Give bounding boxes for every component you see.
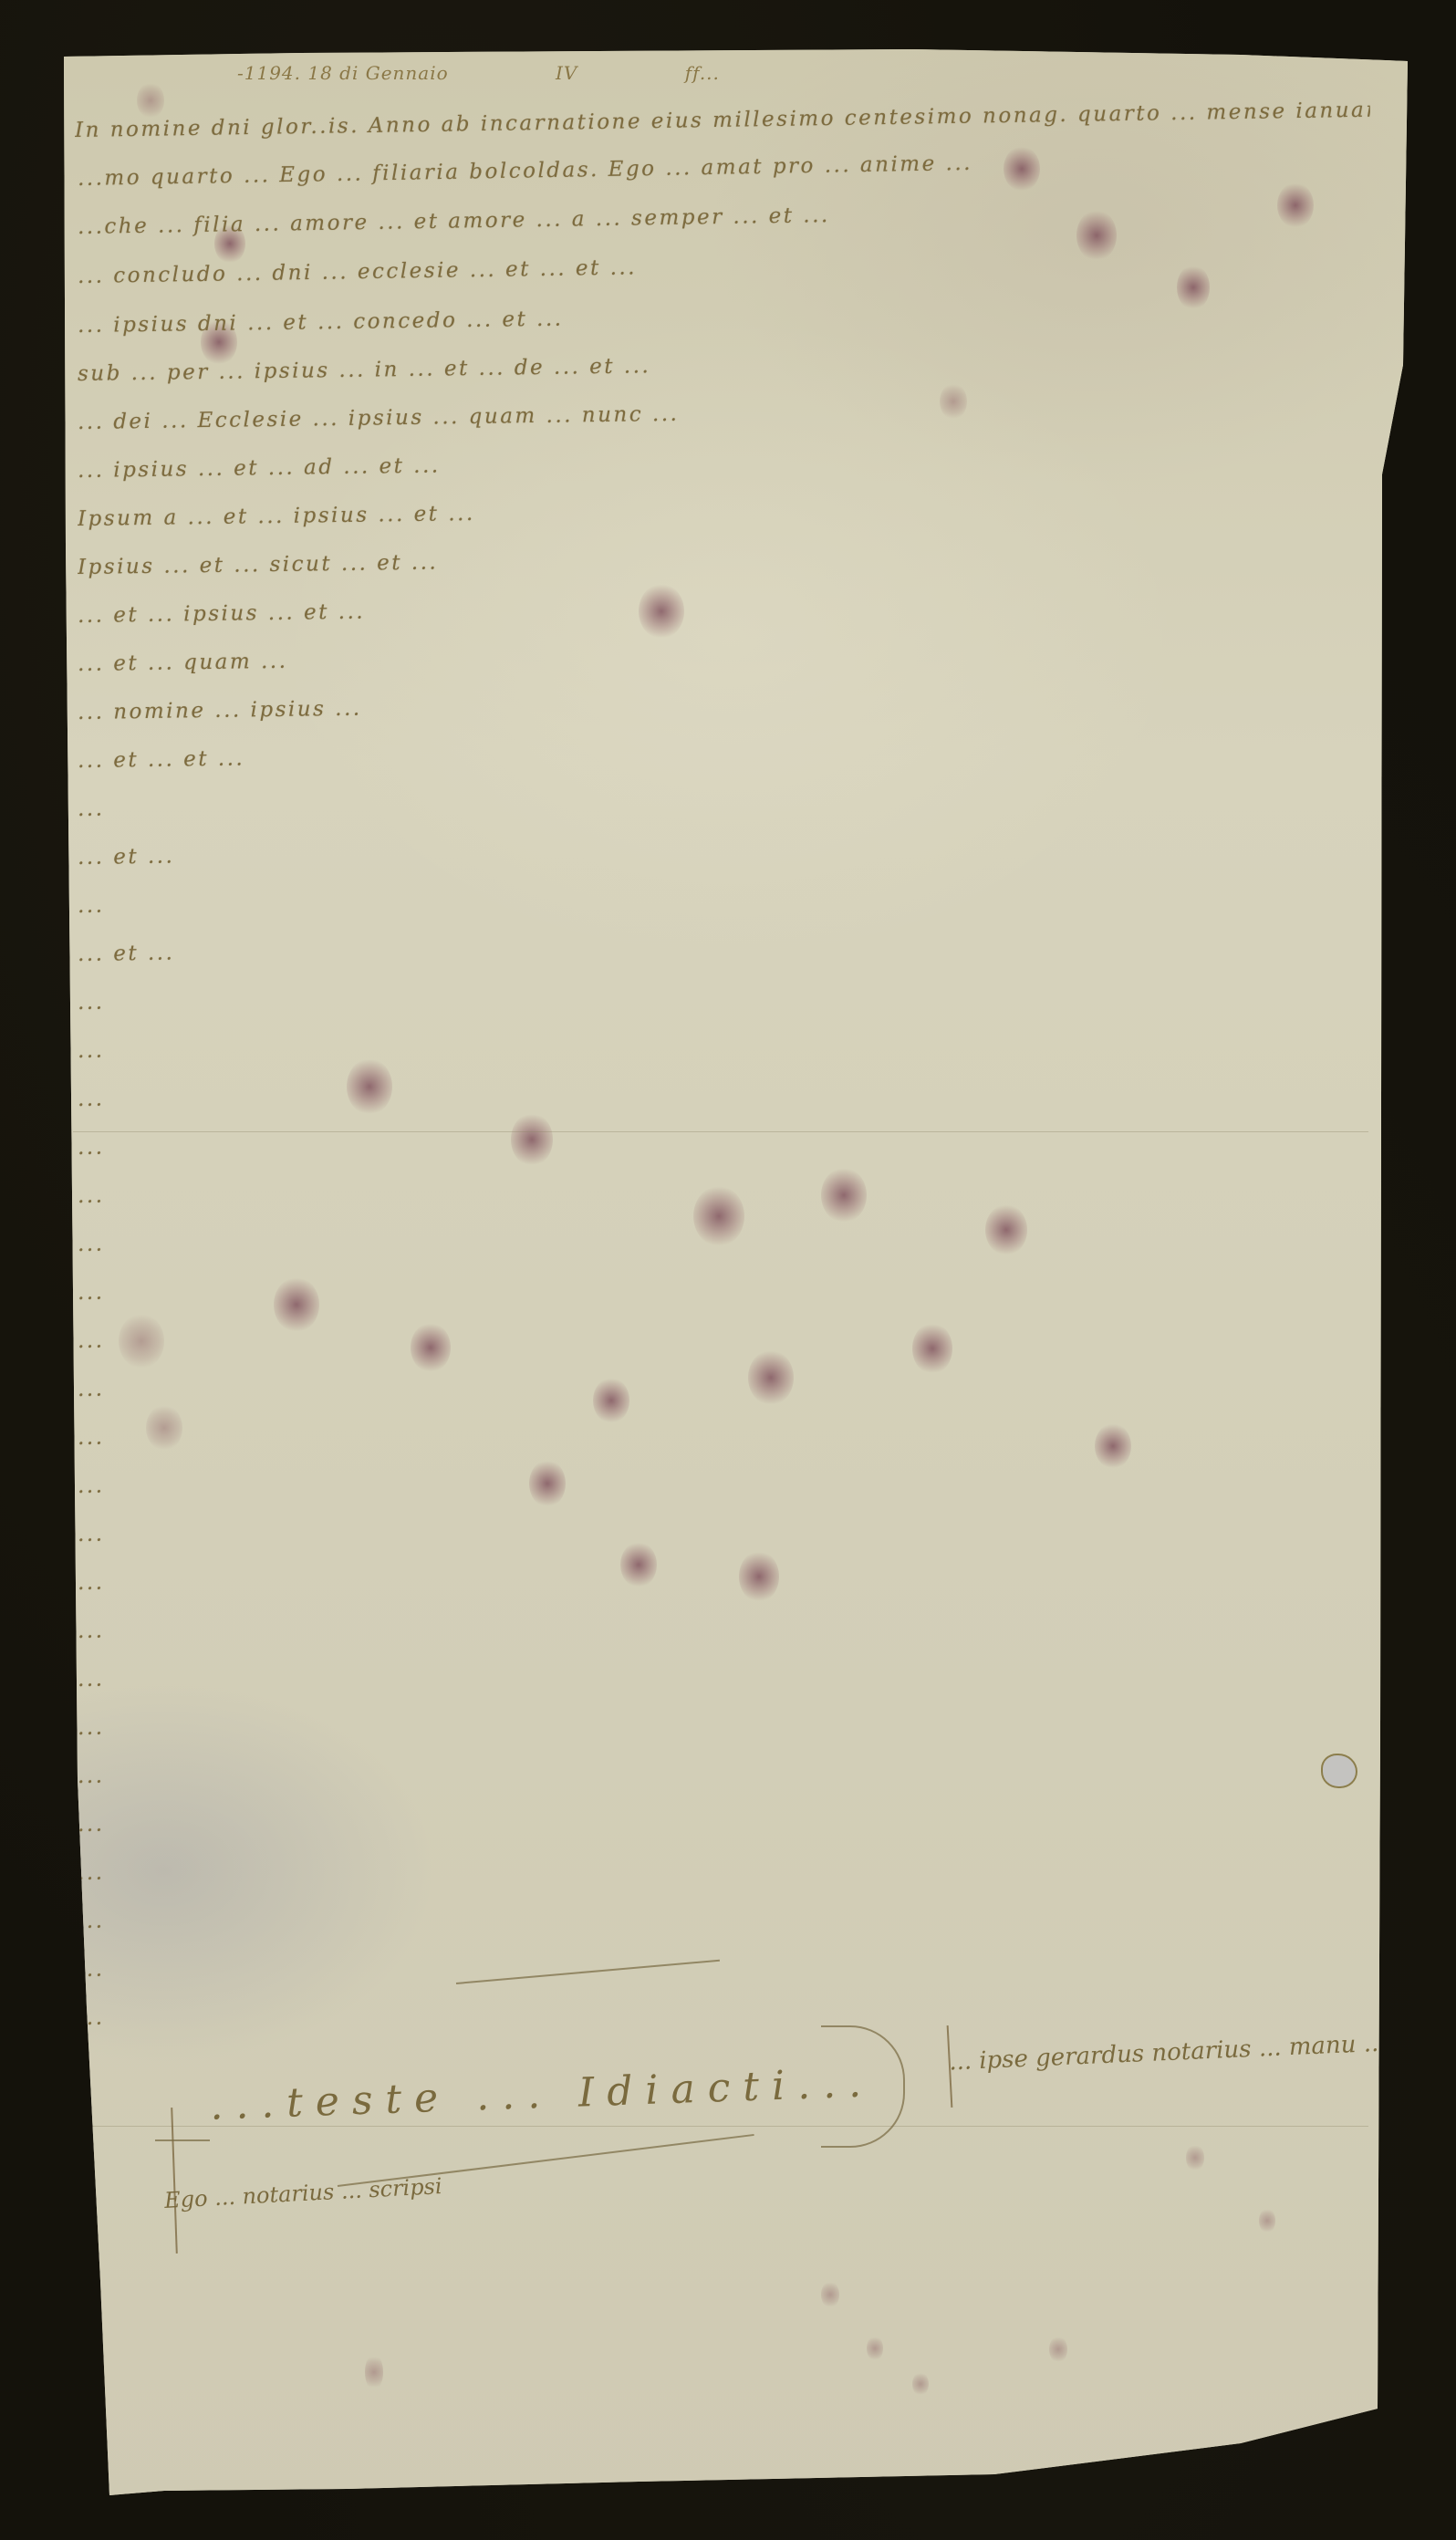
text-line: ... [78, 1698, 1373, 1740]
stain [912, 2372, 929, 2396]
text-line: ... [78, 1991, 1172, 2030]
text-line: ... [78, 1359, 1373, 1401]
text-line: ... nomine ... ipsius ... [78, 682, 1373, 724]
text-line: ... [78, 1118, 1373, 1160]
text-line: ... [78, 1747, 1336, 1788]
signum-cross-bar [155, 2139, 210, 2141]
text-line: Ipsum a ... et ... ipsius ... et ... [78, 489, 1373, 531]
notary-subscription-line: ... ipse gerardus notarius ... manu ... [949, 2030, 1387, 2077]
text-line: ... et ... quam ... [78, 634, 1373, 676]
text-line: ... dei ... Ecclesie ... ipsius ... quam… [78, 392, 1373, 434]
text-line: ... [78, 1650, 1373, 1692]
text-line: sub ... per ... ipsius ... in ... et ...… [78, 344, 1373, 386]
text-line: ... [78, 876, 1373, 918]
text-line: ... [78, 1456, 1373, 1498]
text-line: In nomine dni glor..is. Anno ab incarnat… [75, 99, 1370, 142]
text-line: ... [78, 1311, 1373, 1353]
text-line: ... [78, 1408, 1373, 1450]
text-line: ... et ... [78, 924, 1373, 966]
text-line: ...che ... filia ... amore ... et amore … [78, 195, 1373, 239]
annotation-numeral: IV [556, 62, 577, 84]
text-line: ... et ... [78, 828, 1373, 869]
signum-cross [171, 2108, 178, 2254]
text-line: ... [78, 1795, 1373, 1837]
text-line: ... [78, 1553, 1373, 1595]
text-line: ... [78, 1940, 1373, 1982]
archival-annotation: -1194. 18 di Gennaio IV ff... [237, 62, 820, 84]
text-line: ... ipsius ... et ... ad ... et ... [78, 441, 1373, 483]
text-line: ... [78, 779, 1373, 821]
stain [1186, 2144, 1204, 2171]
stain [1259, 2208, 1275, 2233]
monogram-flourish [821, 2025, 905, 2148]
text-line: ... [78, 1069, 1373, 1111]
text-line: ... ipsius dni ... et ... concedo ... et… [78, 296, 1373, 338]
parchment-sheet: -1194. 18 di Gennaio IV ff... In nomine … [0, 0, 1456, 2540]
stain [821, 2281, 839, 2308]
scribe-subscription: Ego ... notarius ... scripsi [163, 2173, 442, 2213]
stain [867, 2336, 883, 2361]
text-line: ... [78, 1504, 1373, 1546]
stain [1049, 2336, 1067, 2363]
annotation-tail: ff... [685, 62, 720, 84]
text-line: Ipsius ... et ... sicut ... et ... [78, 537, 1373, 579]
stain [365, 2354, 383, 2390]
text-line: ... [78, 1843, 1373, 1885]
stain [137, 82, 164, 119]
text-line: ... [78, 1021, 1373, 1063]
text-line: ... [78, 1601, 1373, 1643]
text-line: ... [78, 1891, 1373, 1933]
text-line: ... [78, 973, 1373, 1015]
text-line: ... et ... et ... [78, 731, 1373, 773]
text-line: ...mo quarto ... Ego ... filiaria bolcol… [78, 144, 1373, 191]
text-line: ... et ... ipsius ... et ... [78, 586, 1373, 628]
date-monogram: ...teste ... Idiacti... [209, 2059, 874, 2129]
text-line: ... [78, 1263, 1373, 1305]
subscription-flourish [338, 2134, 754, 2187]
annotation-reference: -1194. 18 di Gennaio [237, 62, 449, 84]
